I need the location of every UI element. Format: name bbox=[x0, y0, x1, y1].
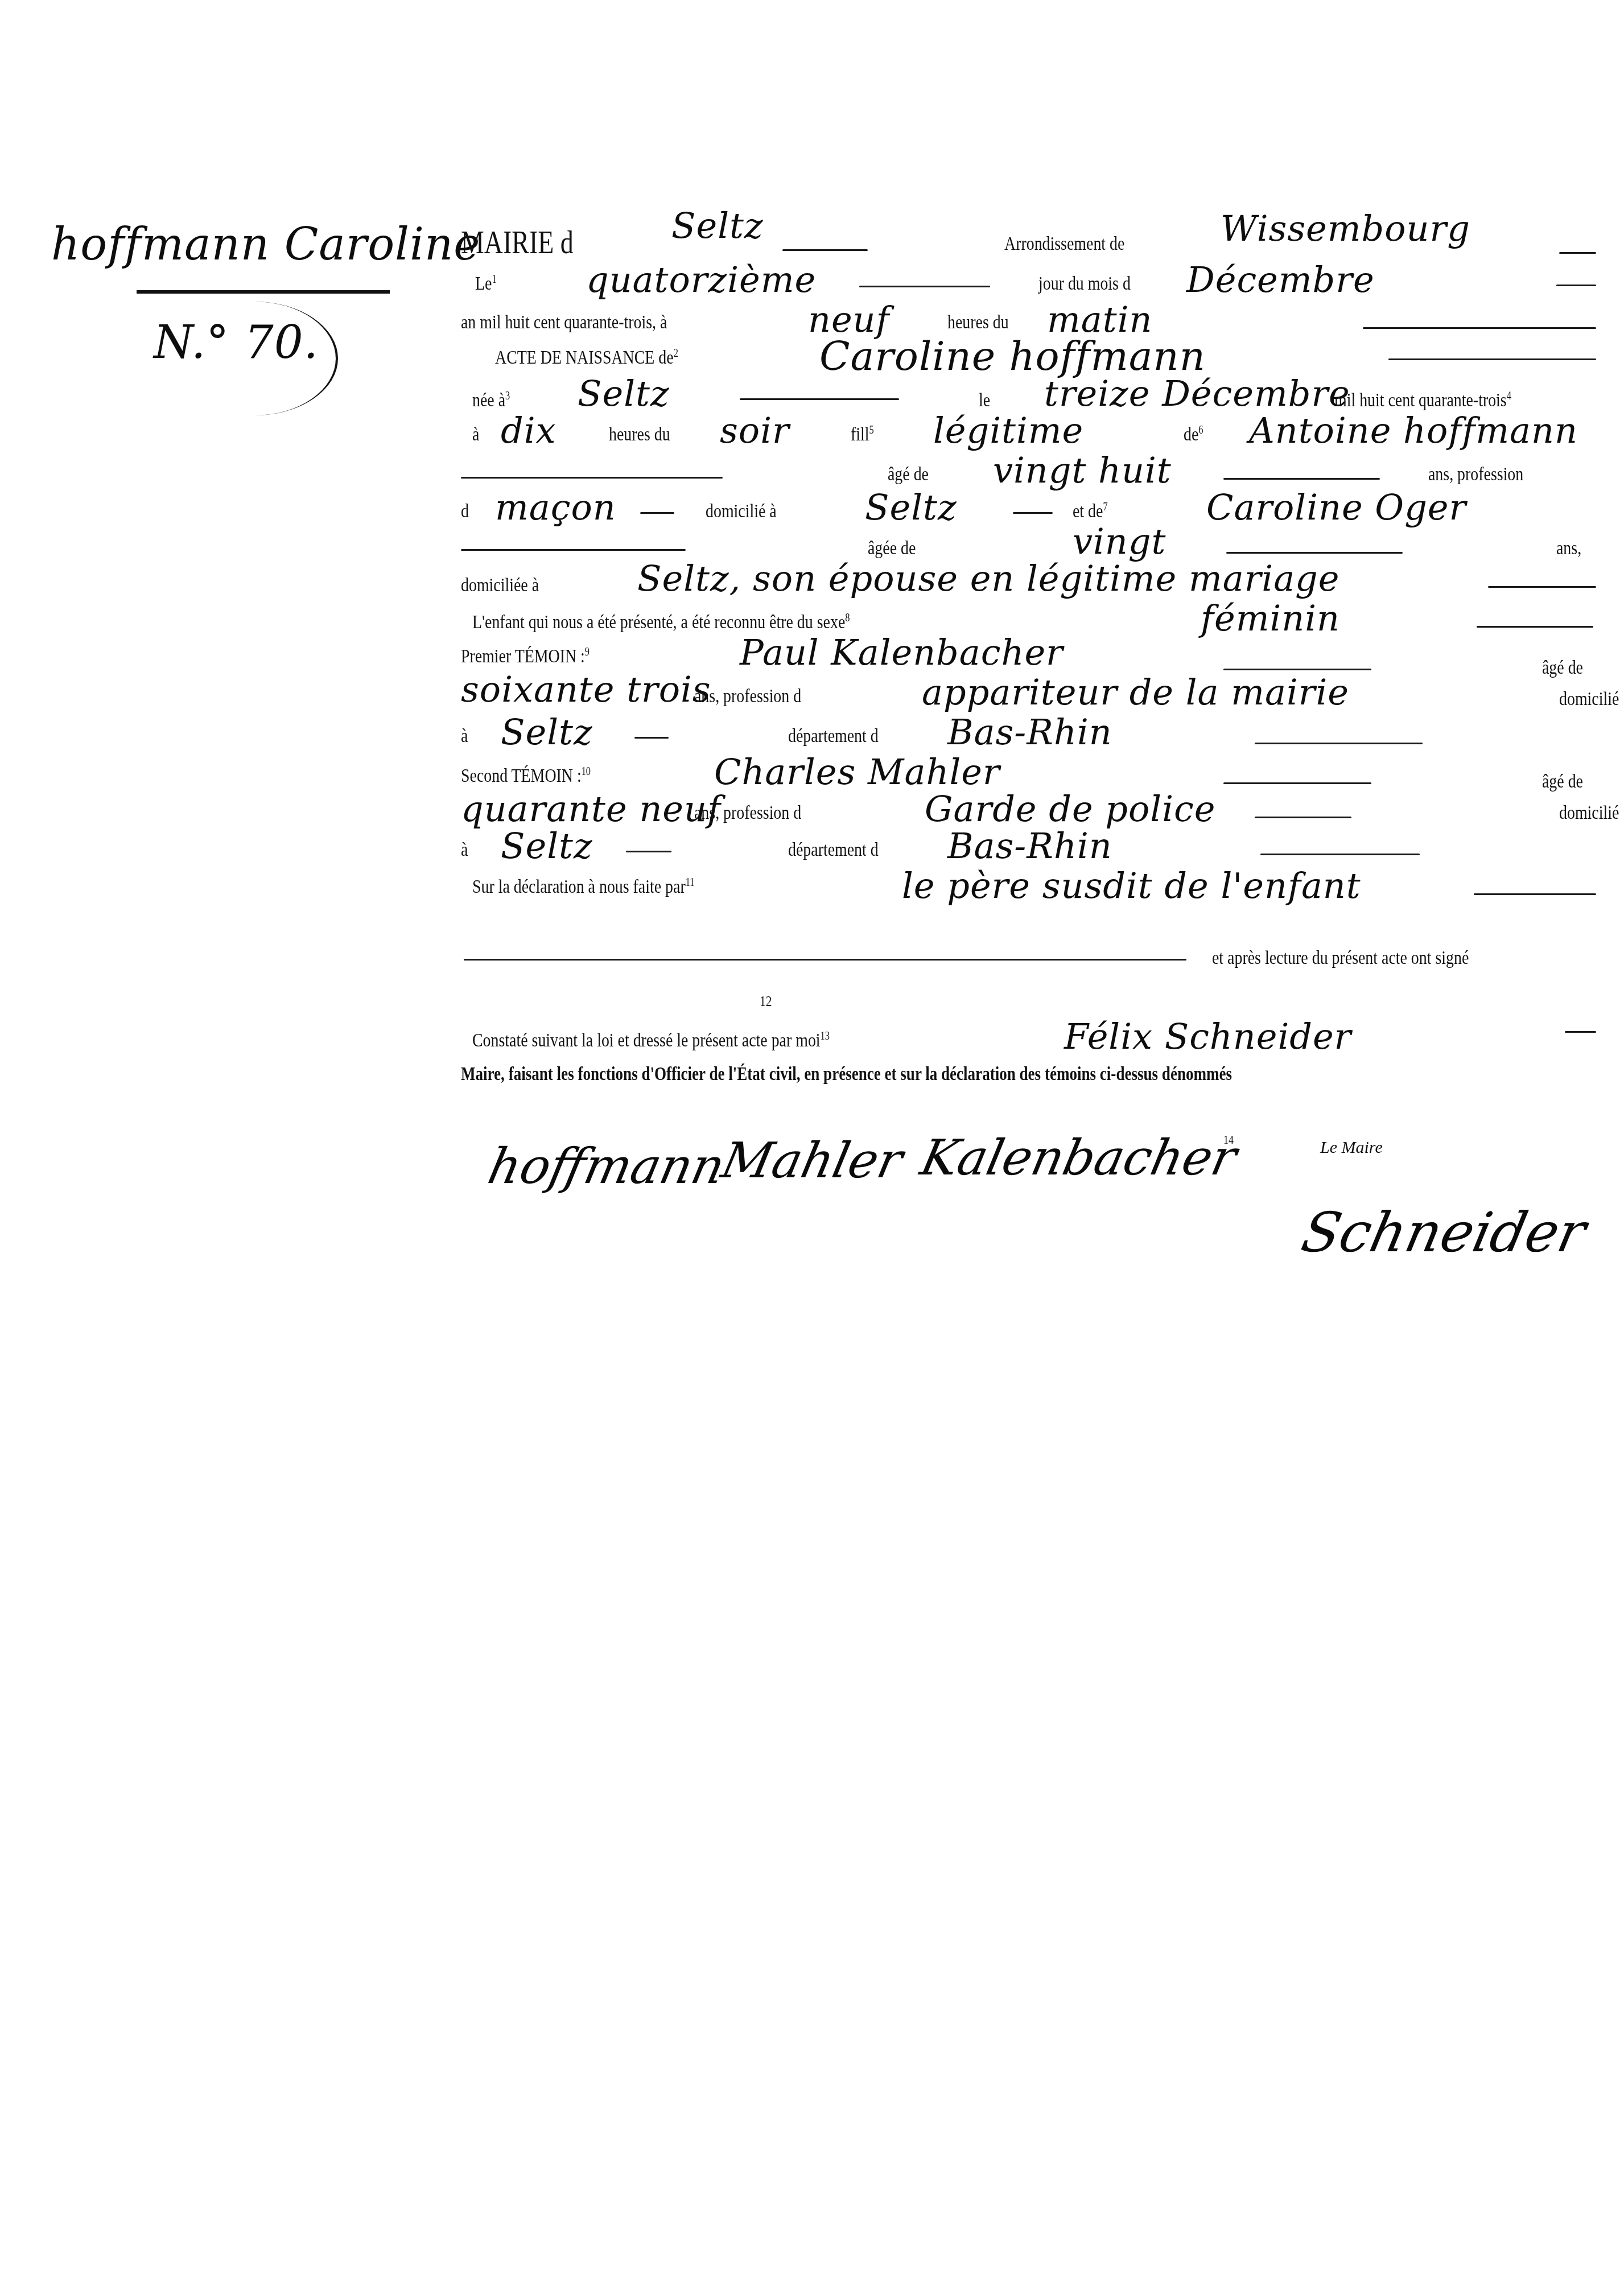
witness1-name: Paul Kalenbacher bbox=[740, 632, 1064, 673]
hour-label: heures du bbox=[947, 312, 1009, 333]
at-label: à bbox=[472, 424, 479, 446]
born-le-label: le bbox=[979, 390, 990, 411]
year-label: an mil huit cent quarante-trois, à bbox=[461, 312, 667, 333]
fill-line bbox=[859, 286, 990, 287]
born-label: née à3 bbox=[472, 390, 510, 411]
mother-name: Caroline Oger bbox=[1206, 487, 1466, 528]
margin-name: hoffmann Caroline bbox=[51, 219, 480, 270]
father-age: vingt huit bbox=[993, 450, 1172, 491]
officer-name: Félix Schneider bbox=[1064, 1016, 1351, 1057]
born-place: Seltz bbox=[578, 373, 670, 414]
witness1-a-label: à bbox=[461, 726, 468, 747]
fill-line bbox=[1223, 782, 1371, 784]
witness2-dept: Bas-Rhin bbox=[947, 825, 1112, 867]
fill-line bbox=[740, 398, 899, 400]
act-title: ACTE DE NAISSANCE de2 bbox=[495, 347, 678, 369]
mother-label: et de7 bbox=[1073, 501, 1108, 522]
witness2-domicile-label: domicilié bbox=[1559, 802, 1619, 824]
father-prof-prefix: d bbox=[461, 501, 469, 522]
mother-ans-label: ans, bbox=[1556, 538, 1581, 559]
fill-line bbox=[1565, 1031, 1596, 1033]
witness2-dept-label: département d bbox=[788, 839, 879, 861]
father-name: Antoine hoffmann bbox=[1249, 410, 1578, 451]
margin-underline bbox=[137, 290, 390, 294]
note-12: 12 bbox=[760, 993, 772, 1010]
witness1-label: Premier TÉMOIN :9 bbox=[461, 646, 590, 667]
fill-line bbox=[461, 477, 723, 479]
fill-line bbox=[1556, 285, 1596, 286]
father-age-label: âgé de bbox=[888, 464, 929, 485]
born-date: treize Décembre bbox=[1044, 373, 1350, 414]
fill-line bbox=[640, 512, 674, 514]
witness2-a-label: à bbox=[461, 839, 468, 861]
note-14: 14 bbox=[1223, 1132, 1234, 1147]
witness1-dept-label: département d bbox=[788, 726, 879, 747]
fill-line bbox=[1255, 817, 1351, 818]
father-ans-label: ans, profession bbox=[1428, 464, 1523, 485]
signature-witness2: Mahler bbox=[716, 1132, 907, 1189]
day-value: quatorzième bbox=[586, 259, 816, 300]
father-profession: maçon bbox=[495, 487, 616, 528]
arrondissement-label: Arrondissement de bbox=[1004, 233, 1124, 255]
fill-line bbox=[1388, 358, 1596, 360]
father-domicile: Seltz bbox=[865, 487, 957, 528]
witness1-age-label: âgé de bbox=[1542, 657, 1583, 679]
fill-line bbox=[634, 737, 669, 739]
mairie-label: MAIRIE d bbox=[461, 225, 574, 261]
witness1-domicile-label: domicilié bbox=[1559, 689, 1619, 710]
de-label: de6 bbox=[1184, 424, 1203, 446]
witness2-prof-label: ans, profession d bbox=[694, 802, 801, 824]
fill-line bbox=[782, 249, 868, 251]
witness1-domicile: Seltz bbox=[501, 711, 593, 753]
signature-mayor: Schneider bbox=[1296, 1201, 1592, 1264]
fill-line bbox=[464, 959, 1186, 961]
fill-line bbox=[1477, 626, 1593, 628]
fill-line bbox=[1255, 743, 1423, 744]
witness2-label: Second TÉMOIN :10 bbox=[461, 765, 591, 787]
witness1-prof-label: ans, profession d bbox=[694, 686, 801, 707]
fill-line bbox=[1223, 669, 1371, 670]
witness1-dept: Bas-Rhin bbox=[947, 711, 1112, 753]
le-label: Le1 bbox=[475, 273, 497, 295]
mother-domicile: Seltz, son épouse en légitime mariage bbox=[637, 558, 1340, 599]
born-period: soir bbox=[720, 410, 790, 451]
born-hour: dix bbox=[501, 410, 556, 451]
fill-line bbox=[1488, 586, 1596, 588]
sex-label: L'enfant qui nous a été présenté, a été … bbox=[472, 612, 850, 633]
birth-certificate-page: hoffmann Caroline N.° 70. MAIRIE d Seltz… bbox=[0, 0, 1624, 2296]
month-label: jour du mois d bbox=[1038, 273, 1131, 295]
witness2-name: Charles Mahler bbox=[714, 751, 1000, 793]
fille-label: fill5 bbox=[851, 424, 874, 446]
fill-line bbox=[1226, 552, 1403, 554]
after-reading-text: et après lecture du présent acte ont sig… bbox=[1212, 947, 1469, 969]
witness2-age: quarante neuf bbox=[461, 788, 721, 830]
mayor-function-text: Maire, faisant les fonctions d'Officier … bbox=[461, 1064, 1232, 1085]
born-year-label: mil huit cent quarante-trois4 bbox=[1334, 390, 1511, 411]
fill-line bbox=[461, 549, 686, 551]
fill-line bbox=[1223, 478, 1380, 480]
mayor-label: Le Maire bbox=[1320, 1138, 1383, 1157]
witness2-domicile: Seltz bbox=[501, 825, 593, 867]
declaration-label: Sur la déclaration à nous faite par11 bbox=[472, 876, 694, 898]
fill-line bbox=[1013, 512, 1053, 514]
witness1-age: soixante trois bbox=[461, 669, 711, 710]
witness2-age-label: âgé de bbox=[1542, 771, 1583, 793]
born-hour-label: heures du bbox=[609, 424, 670, 446]
witness1-profession: appariteur de la mairie bbox=[922, 671, 1349, 713]
witness2-profession: Garde de police bbox=[925, 788, 1215, 830]
fill-line bbox=[1559, 252, 1596, 254]
month-value: Décembre bbox=[1186, 259, 1375, 300]
fill-line bbox=[1474, 893, 1596, 895]
sex-value: féminin bbox=[1201, 597, 1340, 639]
legitimacy: légitime bbox=[933, 410, 1083, 451]
fill-line bbox=[626, 851, 671, 852]
father-domicile-label: domicilié à bbox=[706, 501, 777, 522]
signature-witness1: Kalenbacher bbox=[916, 1130, 1241, 1186]
arrondissement-value: Wissembourg bbox=[1221, 208, 1470, 249]
fill-line bbox=[1363, 327, 1596, 329]
mother-domicile-label: domiciliée à bbox=[461, 575, 539, 596]
mother-age-label: âgée de bbox=[868, 538, 916, 559]
signature-father: hoffmann bbox=[483, 1138, 729, 1195]
mother-age: vingt bbox=[1073, 521, 1166, 562]
record-number-bracket bbox=[171, 302, 338, 415]
mairie-value: Seltz bbox=[671, 205, 764, 246]
declaration-value: le père susdit de l'enfant bbox=[902, 865, 1361, 906]
fill-line bbox=[1260, 854, 1420, 855]
constate-label: Constaté suivant la loi et dressé le pré… bbox=[472, 1030, 830, 1052]
